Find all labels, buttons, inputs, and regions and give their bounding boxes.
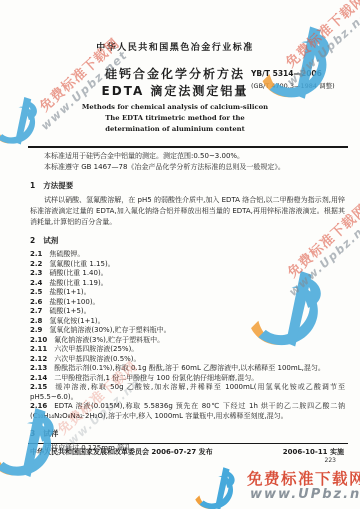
reagent-item: 2.13酚酞指示剂(0.1%),称取 0.1g 酚酞,溶于 60mL 乙醇溶液中… bbox=[30, 364, 345, 374]
page-number: 223 bbox=[325, 457, 336, 464]
upbz-logo-icon bbox=[0, 398, 64, 482]
footer-brand-site-name: 免费标准下载网 bbox=[247, 467, 360, 489]
reagent-item: 2.12六次甲基四胺溶液(0.5%)。 bbox=[30, 355, 345, 365]
section-2-heading: 2试剂 bbox=[30, 235, 345, 246]
upbz-logo-icon bbox=[186, 461, 244, 509]
reagent-item: 2.16EDTA 溶液(0.015M),称取 5.5836g 预先在 80℃ 下… bbox=[30, 402, 345, 421]
english-title-line-3: determination of aluminium content bbox=[40, 124, 310, 135]
method-summary-paragraph: 试样以硝酸、氢氟酸溶解，在 pH5 的弱酸性介质中,加入 EDTA 络合铝,以二… bbox=[30, 195, 345, 228]
section-2-title: 试剂 bbox=[43, 236, 58, 245]
reagent-item: 2.14二甲酚橙指示剂,1 份二甲酚橙与 100 份氯化钠仔细地研磨,混匀。 bbox=[30, 374, 345, 384]
section-2-number: 2 bbox=[30, 236, 35, 245]
footer-implement-text: 2006-10-11 实施 bbox=[283, 447, 344, 457]
footer-divider bbox=[28, 443, 348, 444]
reagent-item: 2.15缓冲溶液,称取 50g 乙酸铵,加水溶解,并稀释至 1000mL(用氢氧… bbox=[30, 383, 345, 402]
upbz-logo-icon bbox=[0, 90, 44, 148]
section-1-heading: 1方法提要 bbox=[30, 180, 345, 191]
compliance-paragraph: 本标准遵守 GB 1467—78《冶金产品化学分析方法标准的总则及一般规定》。 bbox=[30, 162, 345, 173]
section-3-heading: 3试样 bbox=[30, 428, 345, 439]
header-divider bbox=[28, 146, 348, 148]
scanned-standard-page: 中华人民共和国黑色冶金行业标准 硅钙合金化学分析方法 EDTA 滴定法测定铝量 … bbox=[0, 0, 360, 509]
scope-paragraph: 本标准适用于硅钙合金中铝量的测定。测定范围:0.50~3.00%。 bbox=[30, 151, 345, 162]
english-title-line-2: The EDTA titrimetric method for the bbox=[40, 113, 310, 124]
section-1-title: 方法提要 bbox=[43, 181, 73, 190]
english-title: Methods for chemical analysis of calcium… bbox=[40, 102, 310, 135]
section-1-number: 1 bbox=[30, 181, 35, 190]
upbz-logo-icon bbox=[240, 260, 332, 352]
footer-brand-site-url: www.UPbz.net bbox=[250, 487, 360, 502]
reagent-item: 2.1焦硫酸钾。 bbox=[30, 250, 345, 260]
upbz-logo-icon bbox=[252, 16, 340, 104]
